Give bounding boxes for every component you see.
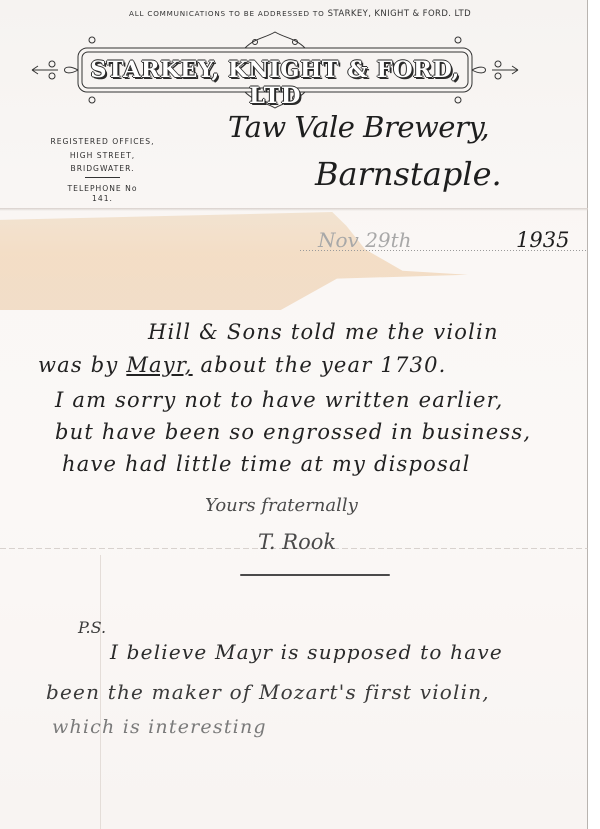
- body-line-5: have had little time at my disposal: [62, 452, 471, 476]
- postscript-line-1: I believe Mayr is supposed to have: [110, 640, 503, 664]
- fold-crease: [0, 208, 588, 211]
- address-line-1: REGISTERED OFFICES,: [30, 135, 175, 149]
- letter-page: ALL COMMUNICATIONS TO BE ADDRESSED TO ST…: [0, 0, 588, 829]
- maker-name: Mayr,: [126, 353, 192, 377]
- body-line-2-start: was by: [38, 353, 118, 377]
- postscript-label: P.S.: [78, 618, 106, 637]
- letterhead-banner: STARKEY, KNIGHT & FORD, LTD: [30, 30, 520, 110]
- telephone-number: 141.: [30, 194, 175, 204]
- signature: T. Rook: [258, 530, 336, 554]
- date-year: 1935: [516, 228, 569, 252]
- date-month-day: Nov 29th: [318, 228, 412, 252]
- company-name: STARKEY, KNIGHT & FORD, LTD: [80, 57, 470, 109]
- body-line-2-end: about the year 1730.: [201, 353, 447, 377]
- body-line-1: Hill & Sons told me the violin: [148, 320, 499, 344]
- registered-address: REGISTERED OFFICES, HIGH STREET, BRIDGWA…: [30, 135, 175, 204]
- postscript-line-3: which is interesting: [52, 716, 267, 738]
- communications-company: STARKEY, KNIGHT & FORD. LTD: [328, 9, 471, 19]
- postscript-line-2: been the maker of Mozart's first violin,: [46, 680, 490, 704]
- telephone-label: TELEPHONE No: [30, 184, 175, 194]
- address-line-2: HIGH STREET,: [30, 149, 175, 163]
- communications-text: ALL COMMUNICATIONS TO BE ADDRESSED TO: [129, 9, 325, 18]
- communications-notice: ALL COMMUNICATIONS TO BE ADDRESSED TO ST…: [0, 9, 600, 19]
- signature-underline: [240, 574, 390, 576]
- brewery-town: Barnstaple.: [315, 155, 502, 193]
- adhesive-tape: [0, 212, 468, 310]
- body-line-2: was by Mayr, about the year 1730.: [38, 353, 447, 377]
- body-line-3: I am sorry not to have written earlier,: [55, 388, 503, 412]
- address-line-3: BRIDGWATER.: [30, 162, 175, 176]
- valediction: Yours fraternally: [205, 495, 358, 516]
- body-line-4: but have been so engrossed in business,: [55, 420, 531, 444]
- address-divider: [85, 177, 120, 178]
- brewery-name: Taw Vale Brewery,: [228, 110, 489, 144]
